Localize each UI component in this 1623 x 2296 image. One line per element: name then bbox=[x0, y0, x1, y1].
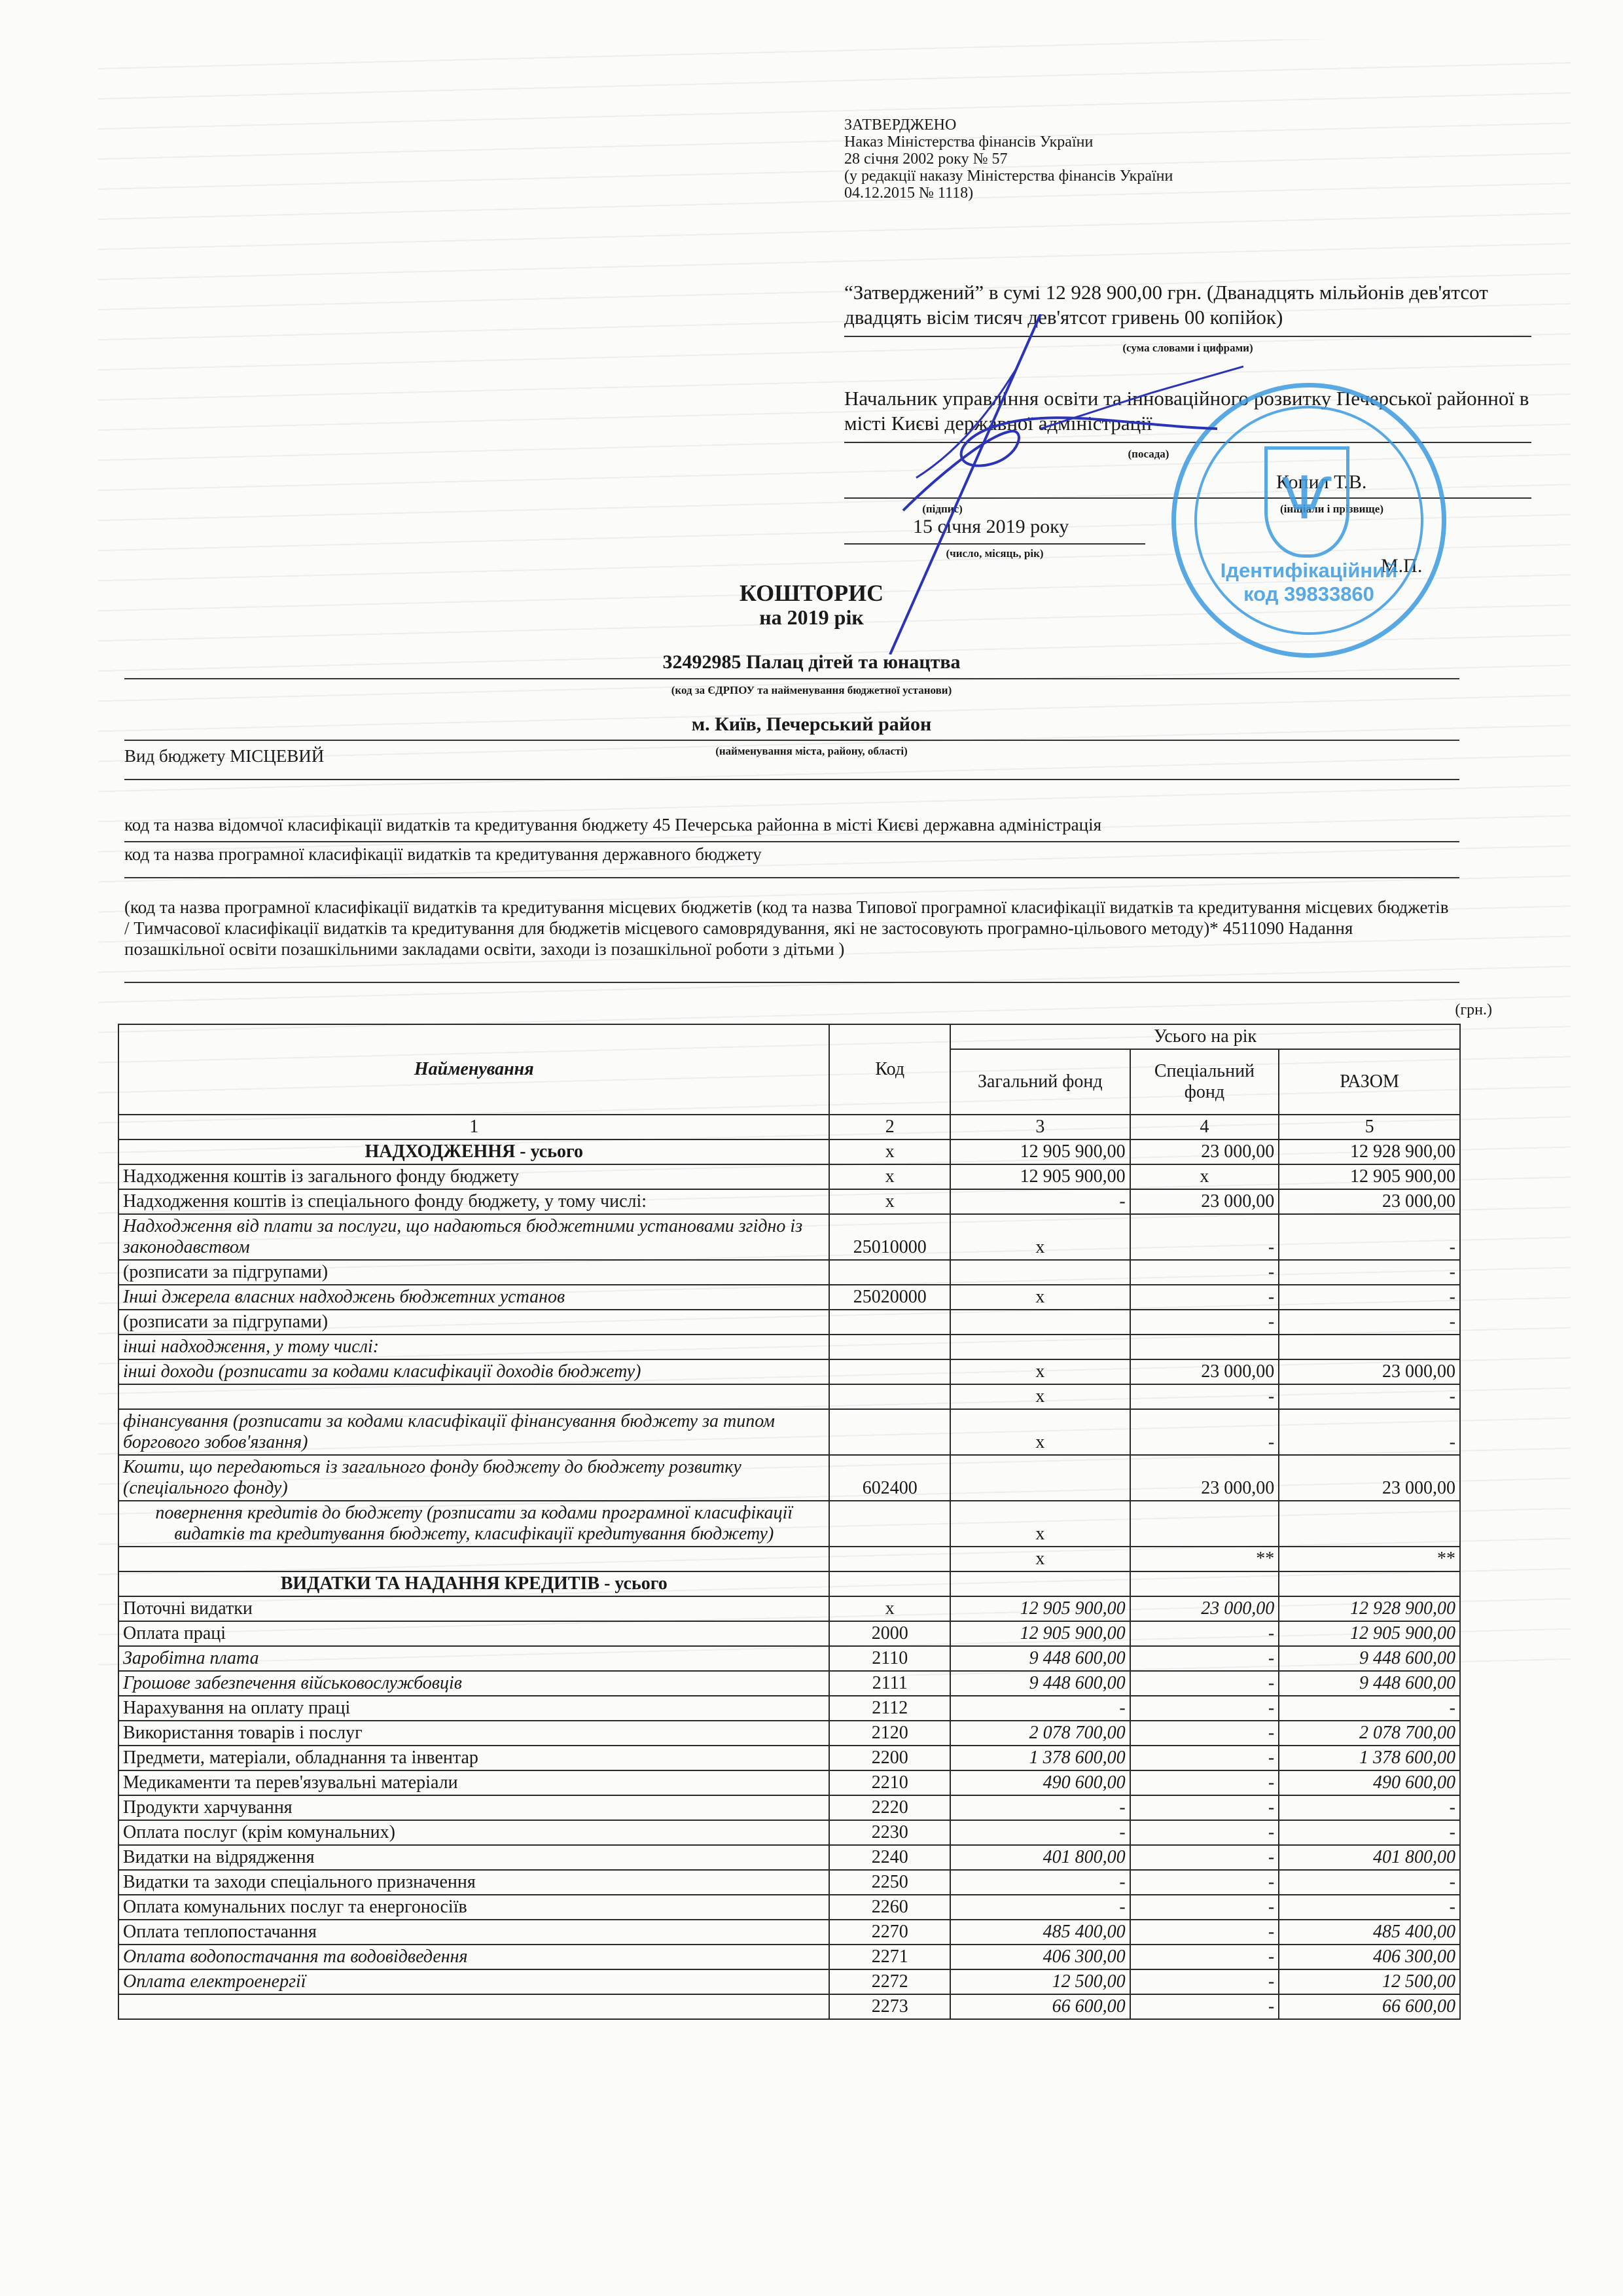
row-total: 2 078 700,00 bbox=[1279, 1721, 1460, 1746]
row-general-fund: - bbox=[950, 1795, 1130, 1820]
row-name bbox=[118, 1547, 829, 1571]
row-total: 9 448 600,00 bbox=[1279, 1646, 1460, 1671]
row-name: Поточні видатки bbox=[118, 1596, 829, 1621]
header-general-fund: Загальний фонд bbox=[950, 1049, 1130, 1115]
row-special-fund: - bbox=[1130, 1721, 1279, 1746]
row-total: 9 448 600,00 bbox=[1279, 1671, 1460, 1696]
institution-name: 32492985 Палац дітей та юнацтва bbox=[0, 651, 1623, 673]
row-code: 2220 bbox=[829, 1795, 950, 1820]
divider bbox=[124, 740, 1459, 741]
row-name: Заробітна плата bbox=[118, 1646, 829, 1671]
row-code: 2111 bbox=[829, 1671, 950, 1696]
row-general-fund bbox=[950, 1571, 1130, 1596]
row-code: 2230 bbox=[829, 1820, 950, 1845]
row-general-fund: 9 448 600,00 bbox=[950, 1671, 1130, 1696]
row-general-fund: 490 600,00 bbox=[950, 1770, 1130, 1795]
row-special-fund: - bbox=[1130, 1994, 1279, 2019]
row-special-fund: x bbox=[1130, 1164, 1279, 1189]
row-special-fund: ** bbox=[1130, 1547, 1279, 1571]
row-general-fund: 12 905 900,00 bbox=[950, 1596, 1130, 1621]
approval-line: (у редакції наказу Міністерства фінансів… bbox=[844, 168, 1173, 185]
row-general-fund bbox=[950, 1455, 1130, 1501]
header-code: Код bbox=[829, 1024, 950, 1115]
row-code: 2250 bbox=[829, 1870, 950, 1895]
column-number: 4 bbox=[1130, 1115, 1279, 1139]
row-code bbox=[829, 1384, 950, 1409]
table-row: Оплата послуг (крім комунальних)2230--- bbox=[118, 1820, 1460, 1845]
position-hint: (посада) bbox=[1099, 448, 1198, 461]
row-code bbox=[829, 1501, 950, 1547]
row-name: Продукти харчування bbox=[118, 1795, 829, 1820]
row-general-fund bbox=[950, 1260, 1130, 1285]
row-special-fund: - bbox=[1130, 1845, 1279, 1870]
row-special-fund: - bbox=[1130, 1621, 1279, 1646]
city-district: м. Київ, Печерський район bbox=[0, 713, 1623, 736]
table-row: Надходження від плати за послуги, що над… bbox=[118, 1214, 1460, 1260]
row-code: 2271 bbox=[829, 1945, 950, 1969]
table-row: повернення кредитів до бюджету (розписат… bbox=[118, 1501, 1460, 1547]
row-total: - bbox=[1279, 1820, 1460, 1845]
table-row: Кошти, що передаються із загального фонд… bbox=[118, 1455, 1460, 1501]
row-general-fund: 1 378 600,00 bbox=[950, 1746, 1130, 1770]
row-name: фінансування (розписати за кодами класиф… bbox=[118, 1409, 829, 1455]
row-code: 2273 bbox=[829, 1994, 950, 2019]
table-row: інші доходи (розписати за кодами класифі… bbox=[118, 1359, 1460, 1384]
divider bbox=[844, 442, 1531, 443]
row-special-fund: 23 000,00 bbox=[1130, 1139, 1279, 1164]
row-name: Предмети, матеріали, обладнання та інвен… bbox=[118, 1746, 829, 1770]
date-hint: (число, місяць, рік) bbox=[916, 547, 1073, 560]
row-code: 2000 bbox=[829, 1621, 950, 1646]
header-sum: РАЗОМ bbox=[1279, 1049, 1460, 1115]
table-row: Продукти харчування2220--- bbox=[118, 1795, 1460, 1820]
row-name: Оплата праці bbox=[118, 1621, 829, 1646]
row-name: Оплата послуг (крім комунальних) bbox=[118, 1820, 829, 1845]
row-general-fund: x bbox=[950, 1285, 1130, 1310]
row-general-fund: 9 448 600,00 bbox=[950, 1646, 1130, 1671]
row-code: 25010000 bbox=[829, 1214, 950, 1260]
row-general-fund bbox=[950, 1310, 1130, 1335]
table-row: Оплата електроенергії227212 500,00-12 50… bbox=[118, 1969, 1460, 1994]
approval-date: 15 січня 2019 року bbox=[913, 516, 1069, 538]
row-code: 2120 bbox=[829, 1721, 950, 1746]
approval-line: 04.12.2015 № 1118) bbox=[844, 185, 1173, 202]
table-row: x**** bbox=[118, 1547, 1460, 1571]
table-row: (розписати за підгрупами)-- bbox=[118, 1260, 1460, 1285]
table-row: 227366 600,00-66 600,00 bbox=[118, 1994, 1460, 2019]
sum-hint: (сума словами і цифрами) bbox=[1080, 342, 1296, 355]
row-name: (розписати за підгрупами) bbox=[118, 1310, 829, 1335]
row-total bbox=[1279, 1335, 1460, 1359]
approval-line: Наказ Міністерства фінансів України bbox=[844, 134, 1173, 151]
row-total: - bbox=[1279, 1214, 1460, 1260]
column-numbers-row: 1 2 3 4 5 bbox=[118, 1115, 1460, 1139]
row-name: Оплата електроенергії bbox=[118, 1969, 829, 1994]
row-total: 23 000,00 bbox=[1279, 1455, 1460, 1501]
table-row: ВИДАТКИ ТА НАДАННЯ КРЕДИТІВ - усього bbox=[118, 1571, 1460, 1596]
row-code bbox=[829, 1310, 950, 1335]
table-row: Надходження коштів із спеціального фонду… bbox=[118, 1189, 1460, 1214]
row-total: ** bbox=[1279, 1547, 1460, 1571]
row-total: - bbox=[1279, 1795, 1460, 1820]
state-program-classification: код та назва програмної класифікації вид… bbox=[124, 844, 762, 865]
row-total: - bbox=[1279, 1384, 1460, 1409]
divider bbox=[124, 877, 1459, 878]
table-row: Оплата водопостачання та водовідведення2… bbox=[118, 1945, 1460, 1969]
row-special-fund: - bbox=[1130, 1746, 1279, 1770]
divider bbox=[124, 779, 1459, 780]
row-code: x bbox=[829, 1596, 950, 1621]
row-name: Видатки на відрядження bbox=[118, 1845, 829, 1870]
row-special-fund: - bbox=[1130, 1820, 1279, 1845]
row-name: інші доходи (розписати за кодами класифі… bbox=[118, 1359, 829, 1384]
row-special-fund: - bbox=[1130, 1646, 1279, 1671]
row-code: x bbox=[829, 1189, 950, 1214]
row-code: 25020000 bbox=[829, 1285, 950, 1310]
header-name: Найменування bbox=[118, 1024, 829, 1115]
row-name: (розписати за підгрупами) bbox=[118, 1260, 829, 1285]
row-general-fund: 485 400,00 bbox=[950, 1920, 1130, 1945]
row-name bbox=[118, 1994, 829, 2019]
table-row: Оплата праці200012 905 900,00-12 905 900… bbox=[118, 1621, 1460, 1646]
row-total: 1 378 600,00 bbox=[1279, 1746, 1460, 1770]
table-row: інші надходження, у тому числі: bbox=[118, 1335, 1460, 1359]
column-number: 5 bbox=[1279, 1115, 1460, 1139]
row-code bbox=[829, 1335, 950, 1359]
row-code: 2272 bbox=[829, 1969, 950, 1994]
row-code bbox=[829, 1571, 950, 1596]
row-special-fund: - bbox=[1130, 1285, 1279, 1310]
row-general-fund: x bbox=[950, 1214, 1130, 1260]
row-code bbox=[829, 1547, 950, 1571]
row-general-fund: 12 905 900,00 bbox=[950, 1139, 1130, 1164]
row-name: Надходження від плати за послуги, що над… bbox=[118, 1214, 829, 1260]
row-general-fund: 401 800,00 bbox=[950, 1845, 1130, 1870]
currency-unit: (грн.) bbox=[1455, 1001, 1492, 1019]
column-number: 3 bbox=[950, 1115, 1130, 1139]
row-code: 2110 bbox=[829, 1646, 950, 1671]
row-code: 2200 bbox=[829, 1746, 950, 1770]
row-general-fund: - bbox=[950, 1820, 1130, 1845]
departmental-classification: код та назва відомчої класифікації видат… bbox=[124, 815, 1101, 835]
table-row: Предмети, матеріали, обладнання та інвен… bbox=[118, 1746, 1460, 1770]
row-name: Інші джерела власних надходжень бюджетни… bbox=[118, 1285, 829, 1310]
table-row: Оплата теплопостачання2270485 400,00-485… bbox=[118, 1920, 1460, 1945]
estimate-table: Найменування Код Усього на рік Загальний… bbox=[118, 1024, 1461, 2020]
row-special-fund: - bbox=[1130, 1870, 1279, 1895]
row-code: 2260 bbox=[829, 1895, 950, 1920]
table-row: (розписати за підгрупами)-- bbox=[118, 1310, 1460, 1335]
row-special-fund bbox=[1130, 1335, 1279, 1359]
row-general-fund: - bbox=[950, 1696, 1130, 1721]
row-special-fund: - bbox=[1130, 1214, 1279, 1260]
row-special-fund bbox=[1130, 1501, 1279, 1547]
row-special-fund: - bbox=[1130, 1795, 1279, 1820]
row-code bbox=[829, 1260, 950, 1285]
row-special-fund: - bbox=[1130, 1895, 1279, 1920]
row-code: 602400 bbox=[829, 1455, 950, 1501]
row-total bbox=[1279, 1501, 1460, 1547]
local-program-classification: (код та назва програмної класифікації ви… bbox=[124, 897, 1453, 960]
row-total: 12 928 900,00 bbox=[1279, 1139, 1460, 1164]
row-name: Видатки та заходи спеціального призначен… bbox=[118, 1870, 829, 1895]
table-row: Грошове забезпечення військовослужбовців… bbox=[118, 1671, 1460, 1696]
row-code: x bbox=[829, 1139, 950, 1164]
row-name: Нарахування на оплату праці bbox=[118, 1696, 829, 1721]
divider bbox=[124, 678, 1459, 679]
row-general-fund: x bbox=[950, 1409, 1130, 1455]
row-code bbox=[829, 1359, 950, 1384]
row-special-fund: - bbox=[1130, 1384, 1279, 1409]
row-total: - bbox=[1279, 1310, 1460, 1335]
document-title: КОШТОРИС bbox=[0, 579, 1623, 607]
row-total: - bbox=[1279, 1895, 1460, 1920]
row-special-fund: - bbox=[1130, 1945, 1279, 1969]
table-row: Видатки та заходи спеціального призначен… bbox=[118, 1870, 1460, 1895]
row-name: Кошти, що передаються із загального фонд… bbox=[118, 1455, 829, 1501]
row-code: 2210 bbox=[829, 1770, 950, 1795]
row-name: ВИДАТКИ ТА НАДАННЯ КРЕДИТІВ - усього bbox=[118, 1571, 829, 1596]
row-general-fund: - bbox=[950, 1870, 1130, 1895]
table-row: Нарахування на оплату праці2112--- bbox=[118, 1696, 1460, 1721]
table-row: Використання товарів і послуг21202 078 7… bbox=[118, 1721, 1460, 1746]
row-general-fund: - bbox=[950, 1895, 1130, 1920]
row-general-fund: 12 905 900,00 bbox=[950, 1621, 1130, 1646]
row-special-fund: - bbox=[1130, 1969, 1279, 1994]
row-total: 12 500,00 bbox=[1279, 1969, 1460, 1994]
row-total: 23 000,00 bbox=[1279, 1359, 1460, 1384]
row-total: 23 000,00 bbox=[1279, 1189, 1460, 1214]
signature-hint: (підпис) bbox=[903, 503, 982, 516]
row-general-fund bbox=[950, 1335, 1130, 1359]
row-code bbox=[829, 1409, 950, 1455]
row-total: - bbox=[1279, 1409, 1460, 1455]
signatory-position: Начальник управління освіти та інновацій… bbox=[844, 386, 1531, 436]
approval-line: 28 січня 2002 року № 57 bbox=[844, 151, 1173, 168]
header-total-year: Усього на рік bbox=[950, 1024, 1460, 1049]
divider bbox=[124, 841, 1459, 842]
row-total: 66 600,00 bbox=[1279, 1994, 1460, 2019]
row-general-fund: 12 500,00 bbox=[950, 1969, 1130, 1994]
row-name: Надходження коштів із загального фонду б… bbox=[118, 1164, 829, 1189]
institution-hint: (код за ЄДРПОУ та найменування бюджетної… bbox=[0, 684, 1623, 697]
row-name: Надходження коштів із спеціального фонду… bbox=[118, 1189, 829, 1214]
divider bbox=[844, 543, 1145, 545]
row-total: 490 600,00 bbox=[1279, 1770, 1460, 1795]
row-general-fund: x bbox=[950, 1547, 1130, 1571]
row-name: Оплата комунальних послуг та енергоносії… bbox=[118, 1895, 829, 1920]
table-row: Поточні видаткиx12 905 900,0023 000,0012… bbox=[118, 1596, 1460, 1621]
row-special-fund: 23 000,00 bbox=[1130, 1189, 1279, 1214]
row-total bbox=[1279, 1571, 1460, 1596]
row-special-fund bbox=[1130, 1571, 1279, 1596]
table-row: Заробітна плата21109 448 600,00-9 448 60… bbox=[118, 1646, 1460, 1671]
row-name: інші надходження, у тому числі: bbox=[118, 1335, 829, 1359]
row-general-fund: x bbox=[950, 1501, 1130, 1547]
row-general-fund: 406 300,00 bbox=[950, 1945, 1130, 1969]
row-code: 2270 bbox=[829, 1920, 950, 1945]
row-code: 2112 bbox=[829, 1696, 950, 1721]
row-special-fund: - bbox=[1130, 1696, 1279, 1721]
budget-estimate-page: ЗАТВЕРДЖЕНО Наказ Міністерства фінансів … bbox=[0, 0, 1623, 2296]
row-general-fund: 12 905 900,00 bbox=[950, 1164, 1130, 1189]
row-total: 12 928 900,00 bbox=[1279, 1596, 1460, 1621]
row-general-fund: 66 600,00 bbox=[950, 1994, 1130, 2019]
row-special-fund: 23 000,00 bbox=[1130, 1455, 1279, 1501]
document-year: на 2019 рік bbox=[0, 605, 1623, 630]
row-general-fund: 2 078 700,00 bbox=[950, 1721, 1130, 1746]
divider bbox=[844, 336, 1531, 337]
budget-type: Вид бюджету МІСЦЕВИЙ bbox=[124, 746, 324, 766]
row-special-fund: - bbox=[1130, 1260, 1279, 1285]
table-row: фінансування (розписати за кодами класиф… bbox=[118, 1409, 1460, 1455]
approved-sum-text: “Затверджений” в сумі 12 928 900,00 грн.… bbox=[844, 280, 1531, 330]
row-general-fund: x bbox=[950, 1384, 1130, 1409]
trident-emblem-icon: Ѱ bbox=[1264, 446, 1349, 558]
row-name: Медикаменти та перев'язувальні матеріали bbox=[118, 1770, 829, 1795]
approval-reference: ЗАТВЕРДЖЕНО Наказ Міністерства фінансів … bbox=[844, 117, 1173, 202]
column-number: 2 bbox=[829, 1115, 950, 1139]
row-name: повернення кредитів до бюджету (розписат… bbox=[118, 1501, 829, 1547]
table-row: Надходження коштів із загального фонду б… bbox=[118, 1164, 1460, 1189]
row-special-fund: - bbox=[1130, 1310, 1279, 1335]
row-name: Грошове забезпечення військовослужбовців bbox=[118, 1671, 829, 1696]
row-total: - bbox=[1279, 1260, 1460, 1285]
row-total: - bbox=[1279, 1696, 1460, 1721]
row-special-fund: 23 000,00 bbox=[1130, 1596, 1279, 1621]
row-special-fund: - bbox=[1130, 1770, 1279, 1795]
table-row: НАДХОДЖЕННЯ - усьогоx12 905 900,0023 000… bbox=[118, 1139, 1460, 1164]
row-special-fund: 23 000,00 bbox=[1130, 1359, 1279, 1384]
column-number: 1 bbox=[118, 1115, 829, 1139]
divider bbox=[124, 982, 1459, 983]
row-total: - bbox=[1279, 1285, 1460, 1310]
estimate-table-body: НАДХОДЖЕННЯ - усьогоx12 905 900,0023 000… bbox=[118, 1139, 1460, 2019]
row-total: 406 300,00 bbox=[1279, 1945, 1460, 1969]
table-row: Медикаменти та перев'язувальні матеріали… bbox=[118, 1770, 1460, 1795]
table-row: Видатки на відрядження2240401 800,00-401… bbox=[118, 1845, 1460, 1870]
row-name bbox=[118, 1384, 829, 1409]
row-general-fund: x bbox=[950, 1359, 1130, 1384]
row-name: Оплата теплопостачання bbox=[118, 1920, 829, 1945]
row-general-fund: - bbox=[950, 1189, 1130, 1214]
header-special-fund: Спеціальний фонд bbox=[1130, 1049, 1279, 1115]
row-special-fund: - bbox=[1130, 1671, 1279, 1696]
row-code: 2240 bbox=[829, 1845, 950, 1870]
table-row: Оплата комунальних послуг та енергоносії… bbox=[118, 1895, 1460, 1920]
row-name: Оплата водопостачання та водовідведення bbox=[118, 1945, 829, 1969]
row-total: 12 905 900,00 bbox=[1279, 1164, 1460, 1189]
approval-line: ЗАТВЕРДЖЕНО bbox=[844, 117, 1173, 134]
row-name: Використання товарів і послуг bbox=[118, 1721, 829, 1746]
row-total: 12 905 900,00 bbox=[1279, 1621, 1460, 1646]
row-code: x bbox=[829, 1164, 950, 1189]
row-special-fund: - bbox=[1130, 1920, 1279, 1945]
row-total: - bbox=[1279, 1870, 1460, 1895]
row-name: НАДХОДЖЕННЯ - усього bbox=[118, 1139, 829, 1164]
row-total: 485 400,00 bbox=[1279, 1920, 1460, 1945]
table-row: Інші джерела власних надходжень бюджетни… bbox=[118, 1285, 1460, 1310]
table-row: x-- bbox=[118, 1384, 1460, 1409]
row-total: 401 800,00 bbox=[1279, 1845, 1460, 1870]
row-special-fund: - bbox=[1130, 1409, 1279, 1455]
